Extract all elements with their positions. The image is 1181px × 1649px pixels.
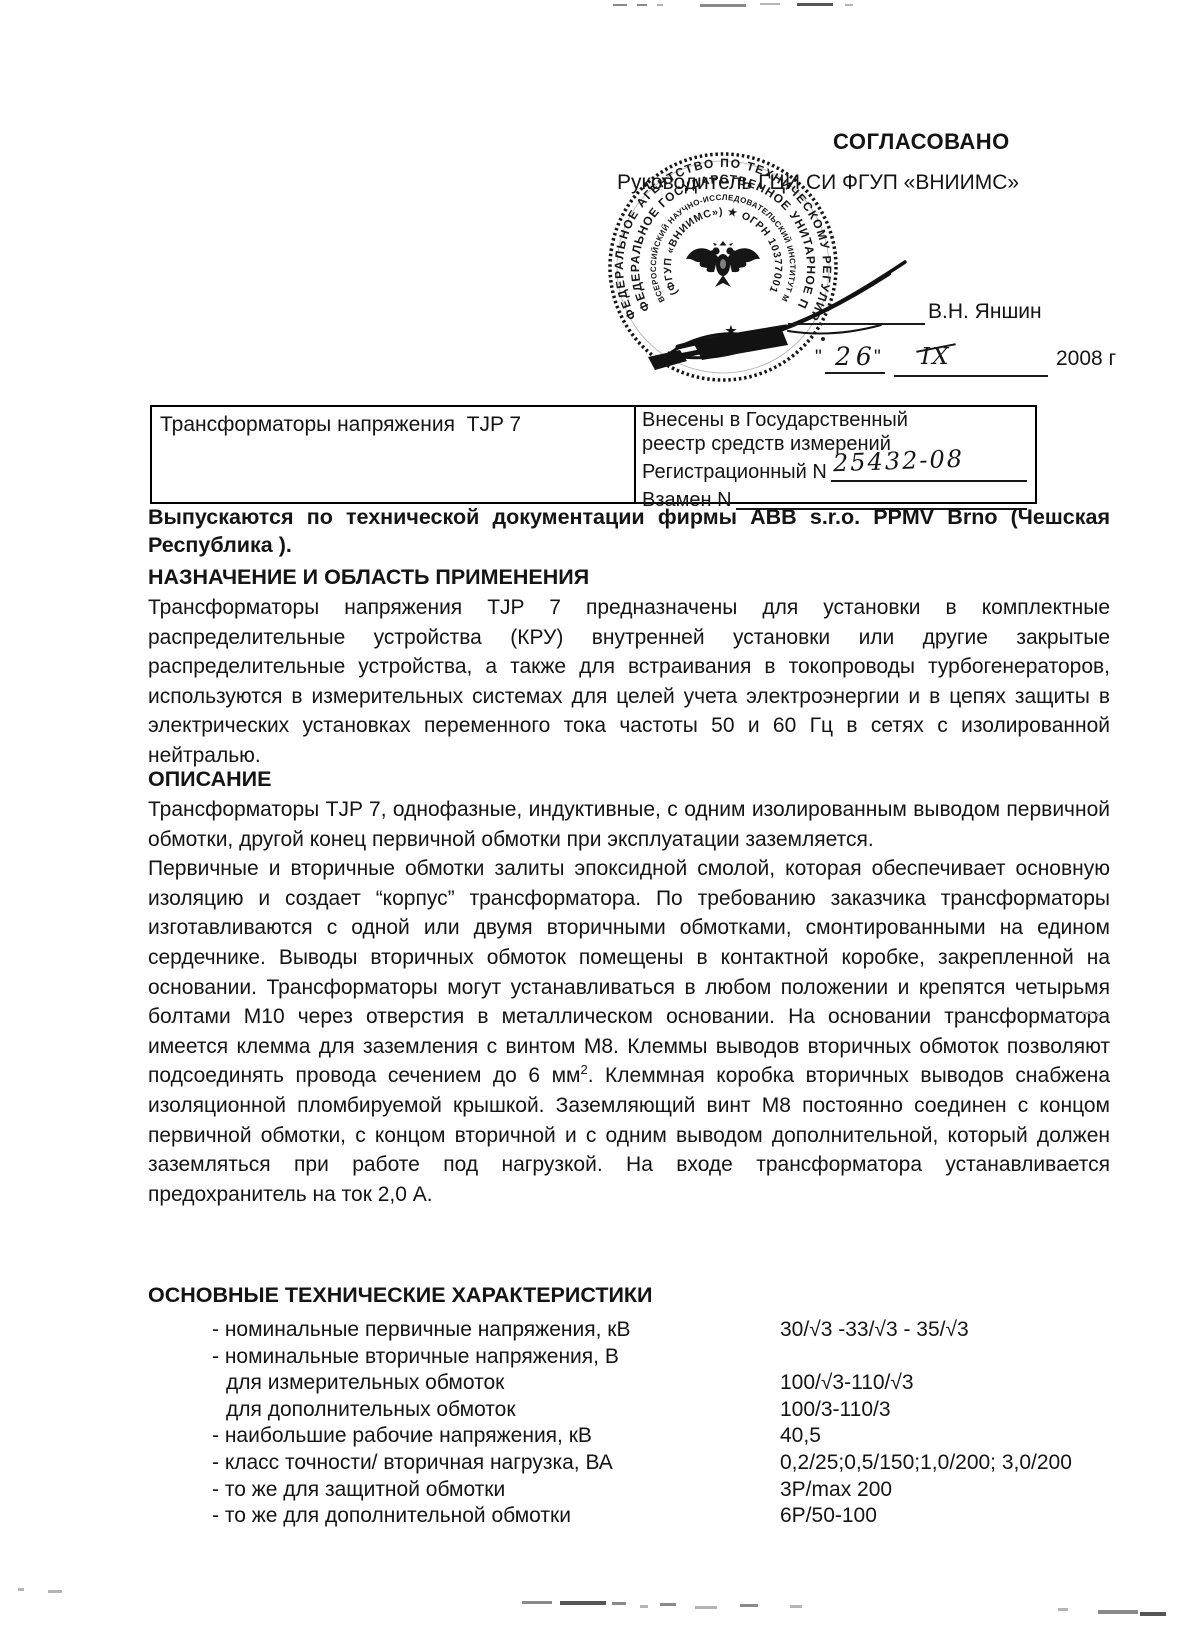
handwritten-registration-number: 25432-08 (832, 448, 964, 476)
spec-value: 100/√3-110/√3 (780, 1370, 914, 1397)
ink-dot (821, 337, 825, 341)
document-page: СОГЛАСОВАНО Руководитель ГЦИ СИ ФГУП «ВН… (0, 0, 1181, 1649)
month-underline (894, 352, 1048, 377)
spec-label: - то же для защитной обмотки (212, 1477, 505, 1504)
description-paragraph-2: Первичные и вторичные обмотки залиты эпо… (148, 854, 1110, 1209)
scan-artifact (637, 4, 647, 6)
registry-table: Трансформаторы напряжения TJP 7 Внесены … (150, 405, 1037, 504)
approval-title: СОГЛАСОВАНО (833, 129, 1010, 155)
spec-row: - то же для защитной обмотки3P/max 200 (148, 1477, 1158, 1504)
purpose-paragraph: Трансформаторы напряжения TJP 7 предназн… (148, 593, 1110, 771)
registration-underline: 25432-08 (831, 456, 1027, 482)
scan-artifact (1058, 1608, 1068, 1611)
scan-artifact (790, 1605, 802, 1608)
scan-artifact (700, 4, 746, 7)
spec-value: 0,2/25;0,5/150;1,0/200; 3,0/200 (780, 1450, 1072, 1477)
specs-list: - номинальные первичные напряжения, кВ30… (148, 1317, 1158, 1530)
spec-row: для дополнительных обмоток100/3-110/3 (148, 1397, 1158, 1424)
spec-value: 40,5 (780, 1423, 821, 1450)
spec-row: - номинальные вторичные напряжения, В (148, 1344, 1158, 1371)
spec-label: - то же для дополнительной обмотки (212, 1503, 571, 1530)
scan-artifact (48, 1590, 62, 1593)
spec-row: - номинальные первичные напряжения, кВ30… (148, 1317, 1158, 1344)
scan-artifact (797, 3, 833, 6)
scan-artifact (640, 1605, 648, 1608)
registration-number-line: Регистрационный N 25432-08 (642, 456, 1029, 484)
spec-value: 100/3-110/3 (780, 1397, 891, 1424)
signer-name: В.Н. Яншин (928, 300, 1042, 324)
description-paragraph-1: Трансформаторы TJP 7, однофазные, индукт… (148, 795, 1110, 854)
registration-label: Регистрационный N (642, 461, 827, 485)
scan-artifact (1140, 1612, 1166, 1616)
date-quote-open: " (815, 347, 822, 369)
spec-value: 6P/50-100 (780, 1503, 877, 1530)
date-year: 2008 г (1056, 347, 1116, 371)
scan-artifact (695, 1606, 717, 1609)
spec-label: для дополнительных обмоток (226, 1397, 516, 1424)
signature-ink-blot (648, 350, 687, 370)
device-name-cell: Трансформаторы напряжения TJP 7 (152, 407, 636, 502)
specs-heading: ОСНОВНЫЕ ТЕХНИЧЕСКИЕ ХАРАКТЕРИСТИКИ (148, 1283, 653, 1308)
spec-row: - то же для дополнительной обмотки6P/50-… (148, 1503, 1158, 1530)
scan-artifact (18, 1588, 24, 1591)
spec-label: - наибольшие рабочие напряжения, кВ (212, 1423, 592, 1450)
scan-artifact (522, 1601, 552, 1604)
signature-underline (788, 301, 925, 325)
superscript-2: 2 (580, 1062, 587, 1077)
scan-artifact (1096, 1014, 1102, 1016)
spec-label: - номинальные первичные напряжения, кВ (212, 1317, 630, 1344)
registry-line-1: Внесены в Государственный (642, 409, 1029, 433)
scan-artifact (845, 4, 853, 6)
spec-row: - наибольшие рабочие напряжения, кВ40,5 (148, 1423, 1158, 1450)
scan-artifact (740, 1604, 758, 1607)
scan-artifact (612, 1602, 626, 1605)
purpose-heading: НАЗНАЧЕНИЕ И ОБЛАСТЬ ПРИМЕНЕНИЯ (148, 565, 589, 590)
spec-value: 30/√3 -33/√3 - 35/√3 (780, 1317, 969, 1344)
date-quote-close: " (874, 347, 881, 369)
spec-row: для измерительных обмоток100/√3-110/√3 (148, 1370, 1158, 1397)
spec-row: - класс точности/ вторичная нагрузка, ВА… (148, 1450, 1158, 1477)
spec-label: - класс точности/ вторичная нагрузка, ВА (212, 1450, 613, 1477)
spec-label: для измерительных обмоток (226, 1370, 504, 1397)
scan-artifact (613, 4, 627, 6)
scan-artifact (760, 3, 780, 5)
registry-cell: Внесены в Государственный реестр средств… (636, 407, 1035, 502)
scan-artifact (1082, 1012, 1092, 1014)
issued-note: Выпускаются по технической документации … (148, 503, 1110, 559)
description-paragraphs: Трансформаторы TJP 7, однофазные, индукт… (148, 795, 1110, 1209)
description-paragraph-2-text: Первичные и вторичные обмотки залиты эпо… (148, 857, 1110, 1087)
scan-artifact (660, 1603, 676, 1606)
scan-artifact (657, 4, 663, 6)
spec-label: - номинальные вторичные напряжения, В (212, 1344, 619, 1371)
scan-artifact (560, 1601, 606, 1605)
spec-value: 3P/max 200 (780, 1477, 892, 1504)
scan-artifact (1098, 1610, 1138, 1614)
description-heading: ОПИСАНИЕ (148, 767, 271, 792)
